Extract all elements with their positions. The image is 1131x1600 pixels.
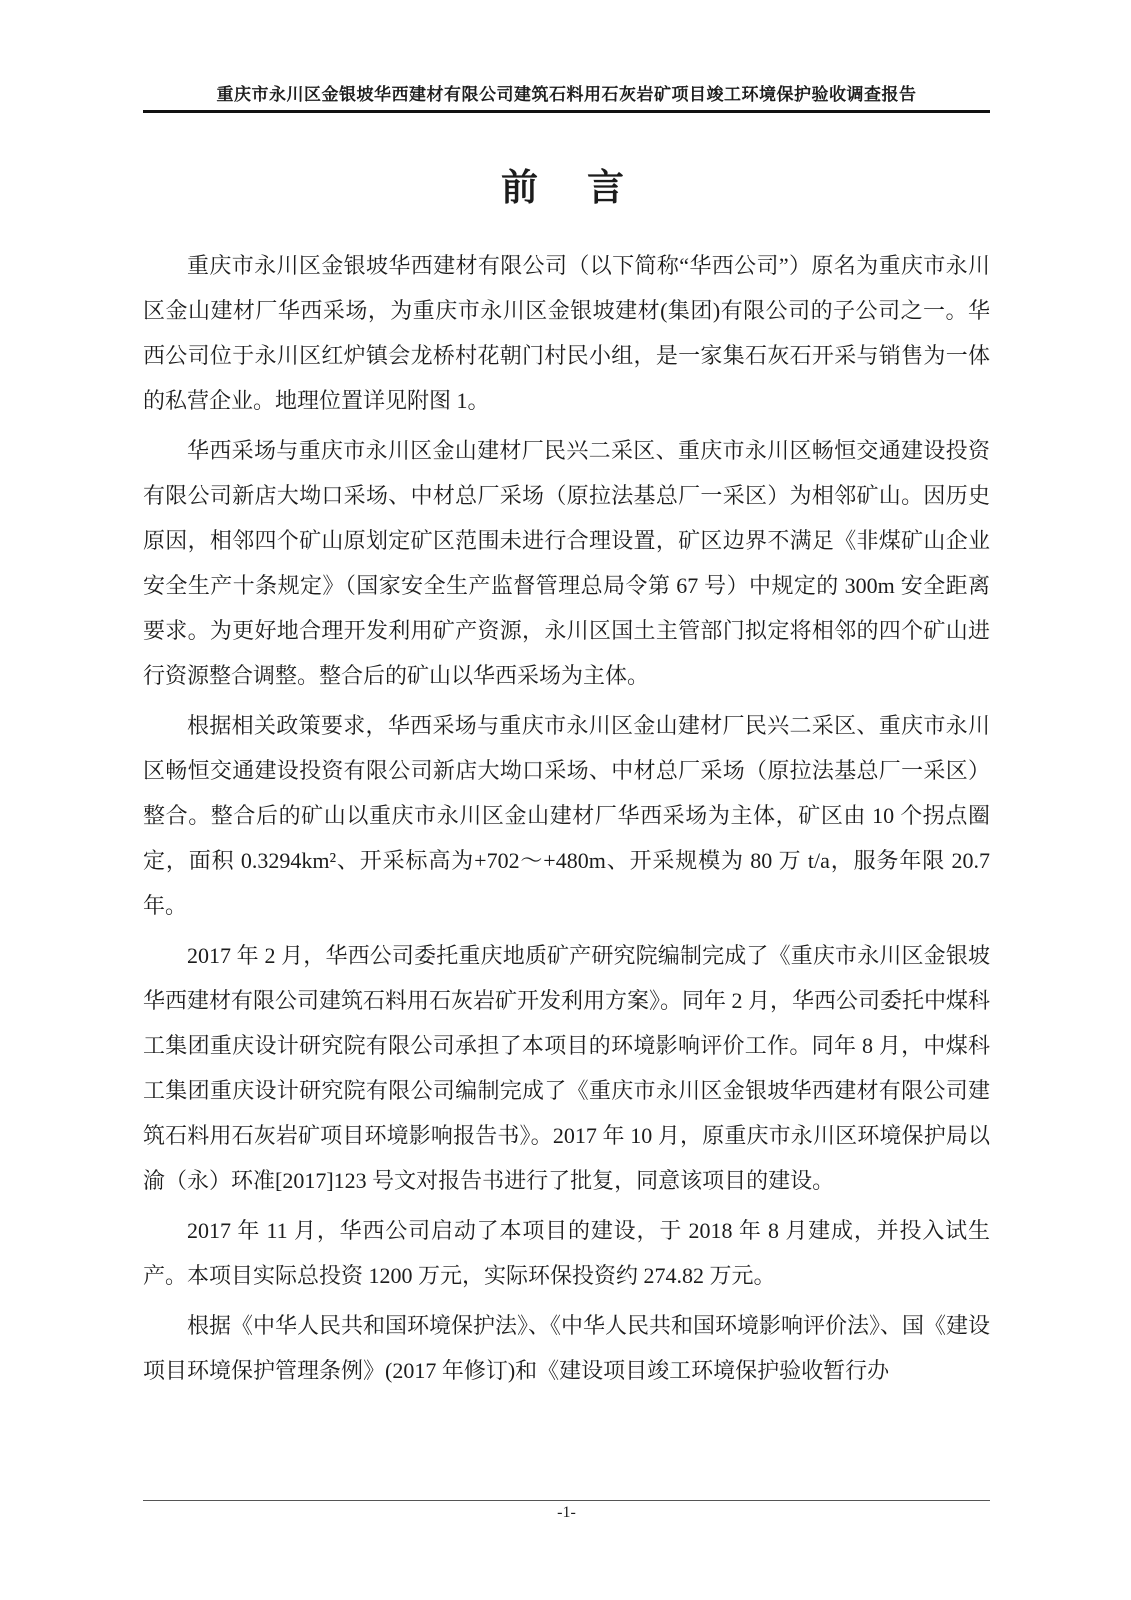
body-paragraph: 2017 年 11 月，华西公司启动了本项目的建设，于 2018 年 8 月建成… [143, 1208, 990, 1298]
page-number: -1- [557, 1504, 576, 1522]
page-title: 前 言 [0, 157, 1131, 211]
body-paragraph: 重庆市永川区金银坡华西建材有限公司（以下简称“华西公司”）原名为重庆市永川区金山… [143, 243, 990, 423]
document-body: 重庆市永川区金银坡华西建材有限公司（以下简称“华西公司”）原名为重庆市永川区金山… [143, 243, 990, 1393]
body-paragraph: 根据相关政策要求，华西采场与重庆市永川区金山建材厂民兴二采区、重庆市永川区畅恒交… [143, 703, 990, 928]
page-header: 重庆市永川区金银坡华西建材有限公司建筑石料用石灰岩矿项目竣工环境保护验收调查报告 [143, 0, 990, 113]
body-paragraph: 2017 年 2 月，华西公司委托重庆地质矿产研究院编制完成了《重庆市永川区金银… [143, 933, 990, 1203]
document-page: 重庆市永川区金银坡华西建材有限公司建筑石料用石灰岩矿项目竣工环境保护验收调查报告… [0, 0, 1131, 1600]
body-paragraph: 华西采场与重庆市永川区金山建材厂民兴二采区、重庆市永川区畅恒交通建设投资有限公司… [143, 428, 990, 698]
body-paragraph: 根据《中华人民共和国环境保护法》、《中华人民共和国环境影响评价法》、国《建设项目… [143, 1303, 990, 1393]
header-title: 重庆市永川区金银坡华西建材有限公司建筑石料用石灰岩矿项目竣工环境保护验收调查报告 [143, 80, 990, 105]
page-footer: -1- [143, 1500, 990, 1522]
